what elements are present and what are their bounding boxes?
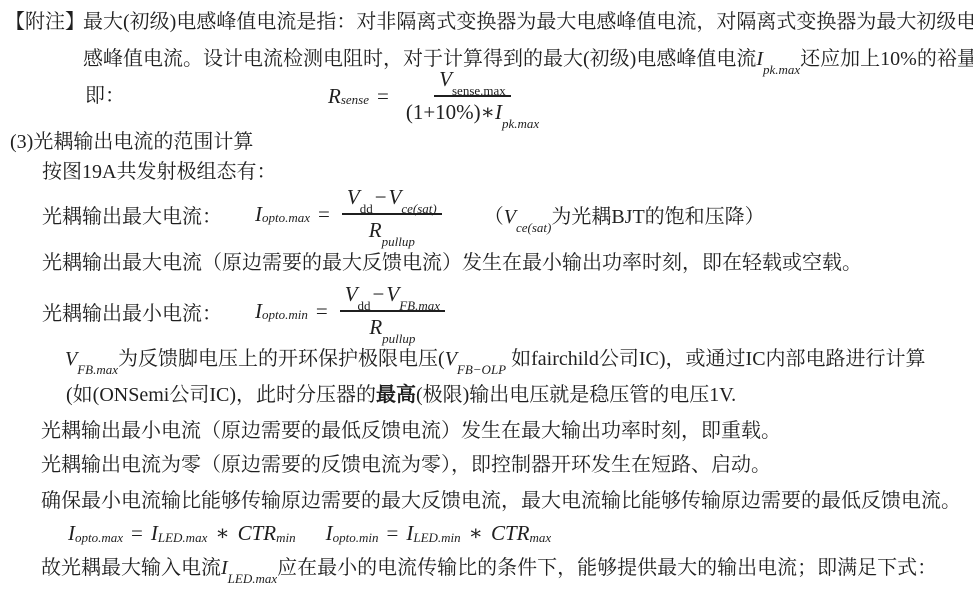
minus-sign: − xyxy=(375,185,387,209)
fraction: Vdd−VFB.max Rpullup xyxy=(340,282,445,340)
math-subscript: FB−OLP xyxy=(457,362,506,377)
fraction: Vsense.max (1+10%)∗Ipk.max xyxy=(401,67,544,125)
asterisk-operator: ∗ xyxy=(469,521,483,546)
text-run: 为反馈脚电压上的开环保护极限电压( xyxy=(118,348,445,370)
math-var: I xyxy=(221,557,228,579)
formula-opto-min: Iopto.min = Vdd−VFB.max Rpullup xyxy=(255,282,449,340)
text-run: 为光耦BJT的饱和压降） xyxy=(551,206,764,228)
math-var: V xyxy=(345,282,358,306)
section-number: (3) xyxy=(10,131,33,153)
math-subscript: ce(sat) xyxy=(516,220,551,235)
para-ensure-ctr: 确保最小电流输比能够传输原边需要的最大反馈电流，最大电流输比能够传输原边需要的最… xyxy=(41,489,961,514)
minus-sign: − xyxy=(373,282,385,306)
para-conclusion: 故光耦最大输入电流ILED.max应在最小的电流传输比的条件下，能够提供最大的输… xyxy=(41,556,937,581)
note-label: 【附注】 xyxy=(5,10,85,35)
bold-run: 最高 xyxy=(376,384,416,406)
note-line-1: 最大(初级)电感峰值电流是指：对非隔离式变换器为最大电感峰值电流，对隔离式变换器… xyxy=(83,10,973,35)
para-vfb-line-2: (如(ONSemi公司IC)，此时分压器的最高(极限)输出电压就是稳压管的电压1… xyxy=(66,383,736,408)
asterisk-operator: ∗ xyxy=(215,521,229,546)
para-opto-max: 光耦输出最大电流（原边需要的最大反馈电流）发生在最小输出功率时刻，即在轻载或空载… xyxy=(42,251,862,276)
opto-max-note: （Vce(sat)为光耦BJT的饱和压降） xyxy=(484,200,765,229)
text-run: 故光耦最大输入电流 xyxy=(41,557,221,579)
math-var: I xyxy=(68,521,75,546)
opto-max-label: 光耦输出最大电流： xyxy=(42,200,222,229)
math-var: V xyxy=(445,348,457,370)
math-var: V xyxy=(504,206,516,228)
equals-sign: = xyxy=(377,84,389,109)
equals-sign: = xyxy=(318,202,330,227)
equals-sign: = xyxy=(387,521,399,546)
math-var: V xyxy=(386,282,399,306)
math-var: CTR xyxy=(491,521,530,546)
math-var: CTR xyxy=(238,521,277,546)
opto-min-label: 光耦输出最小电流： xyxy=(42,297,222,326)
math-subscript: sense.max xyxy=(452,83,506,98)
text-run: 如fairchild公司IC)，或通过IC内部电路进行计算 xyxy=(506,348,925,370)
text-run: （ xyxy=(484,206,504,228)
formula-opto-max: Iopto.max = Vdd−Vce(sat) Rpullup xyxy=(255,185,446,243)
fraction-denominator: Rpullup xyxy=(364,215,420,243)
text-run: (极限)输出电压就是稳压管的电压1V. xyxy=(416,384,736,406)
math-subscript: dd xyxy=(358,298,371,313)
formula-rsense: Rsense = Vsense.max (1+10%)∗Ipk.max xyxy=(328,67,548,125)
fraction-denominator: (1+10%)∗Ipk.max xyxy=(401,97,544,125)
text-run: 还应加上10%的裕量， xyxy=(800,48,973,70)
section-title: 光耦输出电流的范围计算 xyxy=(33,131,253,153)
equals-sign: = xyxy=(131,521,143,546)
math-subscript: pk.max xyxy=(502,116,539,131)
math-var: I xyxy=(326,521,333,546)
math-var: R xyxy=(328,84,341,109)
fraction-numerator: Vdd−Vce(sat) xyxy=(342,185,442,215)
math-subscript: FB.max xyxy=(77,362,118,377)
math-var: I xyxy=(255,299,262,324)
math-var: V xyxy=(65,348,77,370)
para-vfb-line-1: VFB.max为反馈脚电压上的开环保护极限电压(VFB−OLP 如fairchi… xyxy=(65,347,926,372)
math-var: V xyxy=(389,185,402,209)
math-subscript: LED.max xyxy=(228,571,277,586)
formula-ctr-max: Iopto.max = ILED.max ∗ CTRmin xyxy=(68,521,296,546)
math-var: I xyxy=(756,48,763,70)
fraction: Vdd−Vce(sat) Rpullup xyxy=(342,185,442,243)
math-var: I xyxy=(255,202,262,227)
section-3-heading: (3)光耦输出电流的范围计算 xyxy=(10,130,253,155)
math-subscript: pullup xyxy=(382,331,415,346)
math-var: R xyxy=(369,315,382,339)
fraction-numerator: Vsense.max xyxy=(434,67,511,97)
document-page: 【附注】 最大(初级)电感峰值电流是指：对非隔离式变换器为最大电感峰值电流，对隔… xyxy=(0,0,973,593)
formula-ctr-row: Iopto.max = ILED.max ∗ CTRmin Iopto.min … xyxy=(68,521,551,546)
equals-sign: = xyxy=(316,299,328,324)
text-run: (如(ONSemi公司IC)，此时分压器的 xyxy=(66,384,376,406)
text-run: 应在最小的电流传输比的条件下，能够提供最大的输出电流；即满足下式： xyxy=(277,557,937,579)
para-opto-min: 光耦输出最小电流（原边需要的最低反馈电流）发生在最大输出功率时刻，即重载。 xyxy=(41,419,781,444)
fraction-numerator: Vdd−VFB.max xyxy=(340,282,445,312)
math-text: (1+10%)∗ xyxy=(406,100,495,124)
fraction-denominator: Rpullup xyxy=(364,312,420,340)
math-subscript: pullup xyxy=(382,234,415,249)
note-line-3-label: 即： xyxy=(85,84,125,109)
intro-line: 按图19A共发射极组态有： xyxy=(42,160,276,185)
math-var: V xyxy=(439,67,452,91)
para-zero-current: 光耦输出电流为零（原边需要的反馈电流为零），即控制器开环发生在短路、启动。 xyxy=(41,453,771,478)
math-subscript: FB.max xyxy=(399,298,440,313)
math-subscript: dd xyxy=(360,201,373,216)
opto-max-row: 光耦输出最大电流： Iopto.max = Vdd−Vce(sat) Rpull… xyxy=(42,185,765,243)
math-subscript: pk.max xyxy=(763,62,800,77)
opto-min-row: 光耦输出最小电流： Iopto.min = Vdd−VFB.max Rpullu… xyxy=(42,282,449,340)
math-var: R xyxy=(369,218,382,242)
formula-ctr-min: Iopto.min = ILED.min ∗ CTRmax xyxy=(326,521,552,546)
math-subscript: ce(sat) xyxy=(401,201,436,216)
math-var: I xyxy=(151,521,158,546)
math-var: I xyxy=(495,100,502,124)
math-var: V xyxy=(347,185,360,209)
